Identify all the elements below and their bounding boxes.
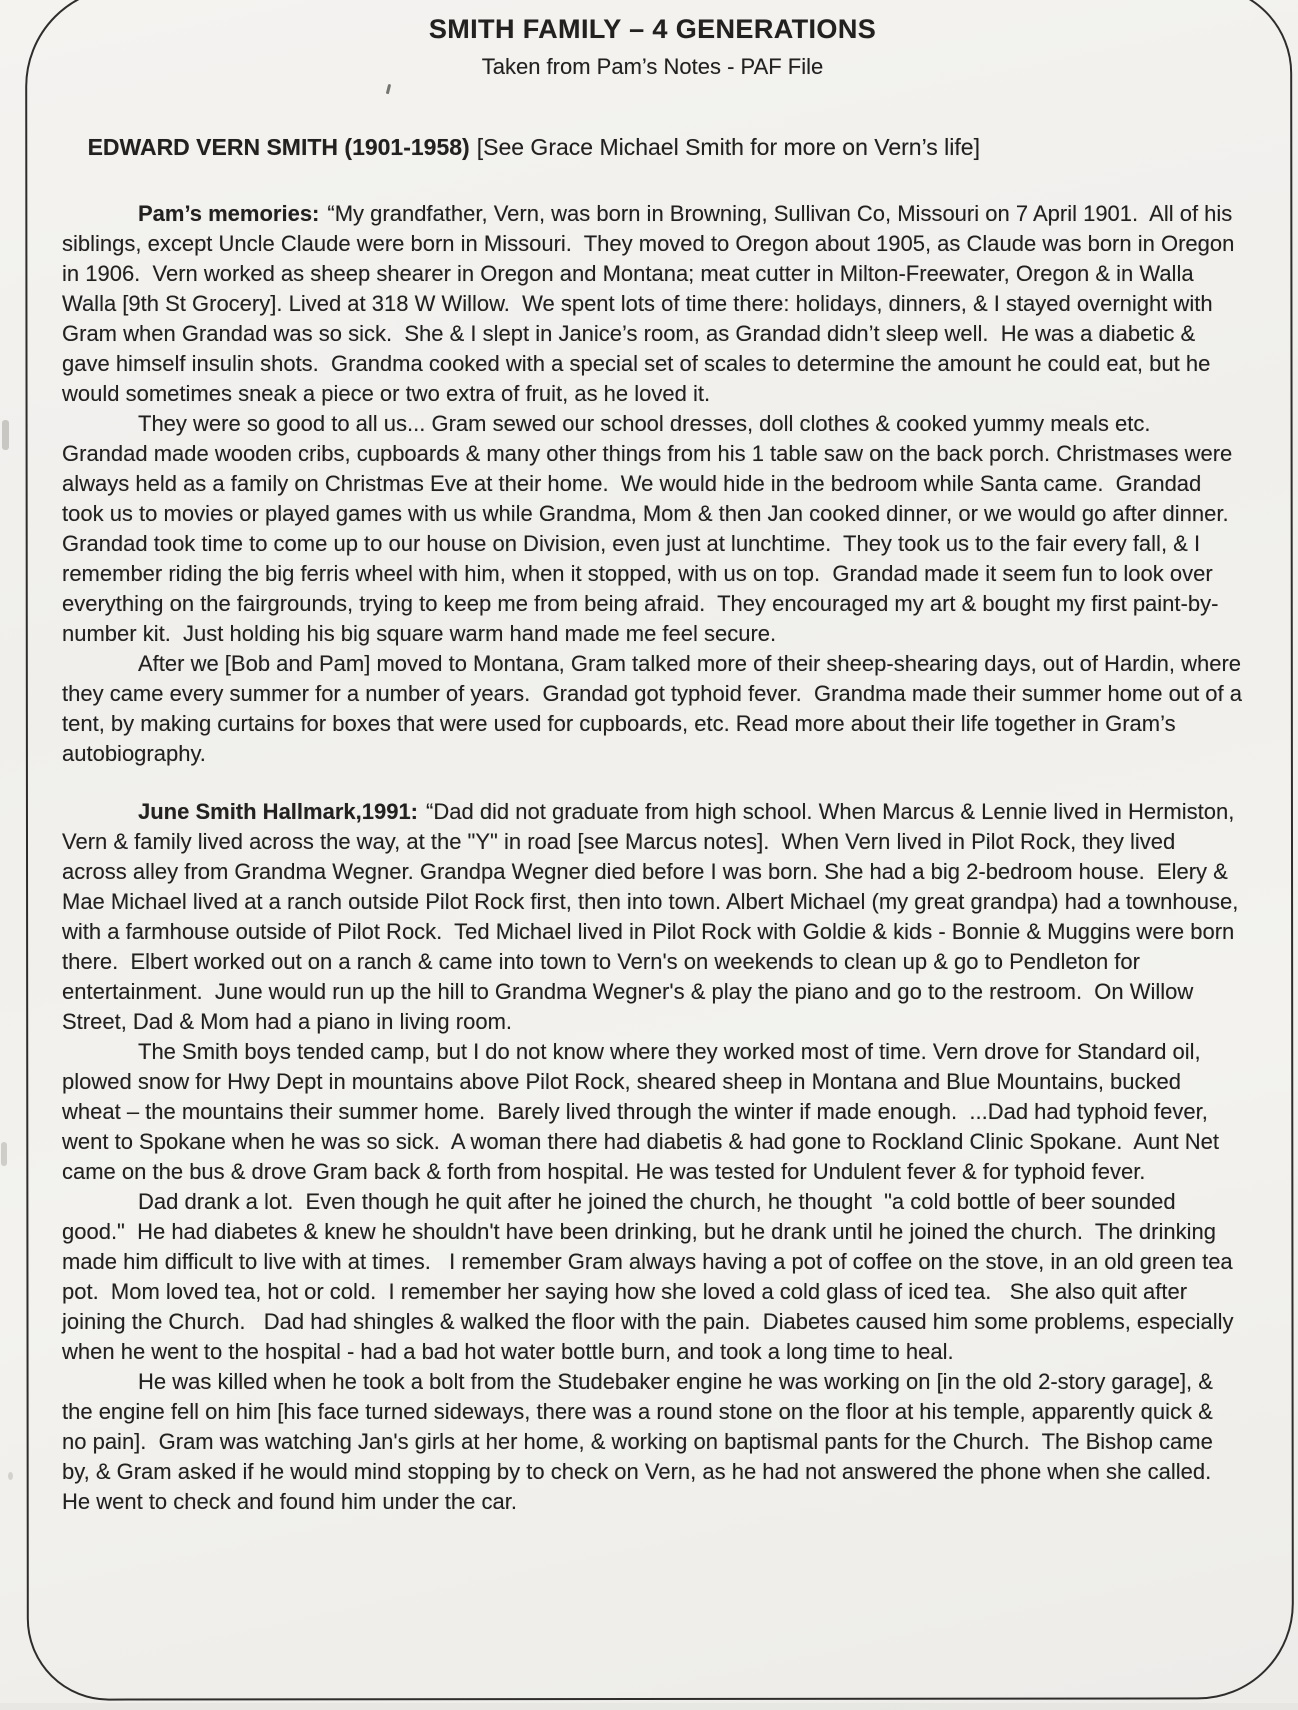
paragraph: Pam’s memories:“My grandfather, Vern, wa… <box>62 199 1243 409</box>
paragraph: June Smith Hallmark,1991:“Dad did not gr… <box>62 797 1243 1037</box>
paragraph: He was killed when he took a bolt from t… <box>62 1367 1243 1517</box>
page-title: SMITH FAMILY – 4 GENERATIONS <box>62 14 1243 45</box>
person-heading-note: [See Grace Michael Smith for more on Ver… <box>477 134 980 160</box>
scan-speck <box>1 1142 7 1166</box>
scan-bottom-edge <box>0 1703 1298 1710</box>
paragraph-text: “Dad did not graduate from high school. … <box>62 799 1245 1034</box>
paragraph: After we [Bob and Pam] moved to Montana,… <box>62 649 1243 769</box>
paragraph-text: After we [Bob and Pam] moved to Montana,… <box>62 651 1248 766</box>
paragraph-text: “My grandfather, Vern, was born in Brown… <box>62 201 1240 406</box>
scan-speck <box>8 1472 13 1480</box>
paragraph-lead: June Smith Hallmark,1991: <box>138 799 418 824</box>
person-heading: EDWARD VERN SMITH (1901-1958)[See Grace … <box>62 104 1243 191</box>
paragraph: They were so good to all us... Gram sewe… <box>62 409 1243 649</box>
paragraph-lead: Pam’s memories: <box>138 201 319 226</box>
person-name-dates: EDWARD VERN SMITH (1901-1958) <box>88 134 470 160</box>
paragraph-text: The Smith boys tended camp, but I do not… <box>62 1039 1225 1184</box>
document-page: SMITH FAMILY – 4 GENERATIONS Taken from … <box>62 14 1243 1517</box>
paragraph: Dad drank a lot. Even though he quit aft… <box>62 1187 1243 1367</box>
paragraph-text: He was killed when he took a bolt from t… <box>62 1369 1223 1514</box>
paragraph: The Smith boys tended camp, but I do not… <box>62 1037 1243 1187</box>
document-body: Pam’s memories:“My grandfather, Vern, wa… <box>62 199 1243 1517</box>
section-june-smith-hallmark: June Smith Hallmark,1991:“Dad did not gr… <box>62 797 1243 1517</box>
page-subtitle: Taken from Pam’s Notes - PAF File <box>62 54 1243 80</box>
section-pams-memories: Pam’s memories:“My grandfather, Vern, wa… <box>62 199 1243 769</box>
paragraph-text: Dad drank a lot. Even though he quit aft… <box>62 1189 1240 1364</box>
paragraph-text: They were so good to all us... Gram sewe… <box>62 411 1241 646</box>
scan-speck <box>2 420 9 450</box>
